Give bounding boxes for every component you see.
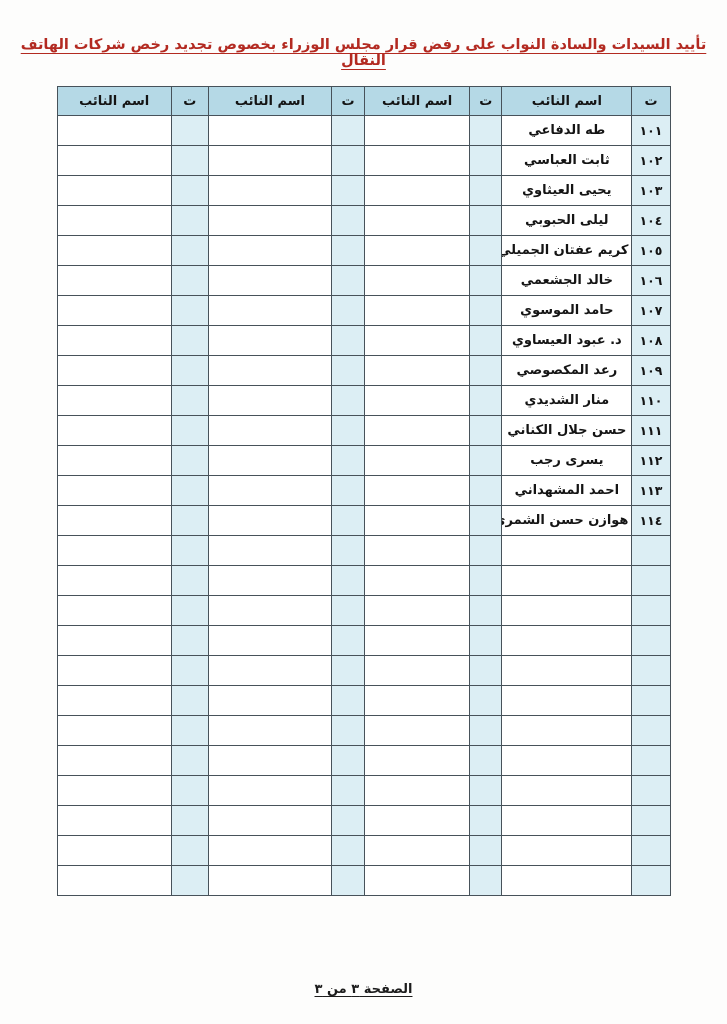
- deputy-number-cell: ١٠٢: [632, 146, 670, 176]
- deputy-name-cell: [208, 866, 331, 896]
- deputy-number-cell: [171, 806, 208, 836]
- deputy-number-cell: [632, 746, 670, 776]
- deputy-number-cell: [332, 296, 365, 326]
- deputy-name-cell: هوازن حسن الشمري: [502, 506, 632, 536]
- deputy-name-cell: [208, 416, 331, 446]
- deputy-name-cell: [208, 746, 331, 776]
- deputy-number-cell: [470, 686, 502, 716]
- deputy-name-cell: حامد الموسوي: [502, 296, 632, 326]
- deputy-number-cell: [171, 536, 208, 566]
- document-page: تأييد السيدات والسادة النواب على رفض قرا…: [0, 0, 727, 1024]
- deputy-name-cell: [365, 566, 470, 596]
- deputy-name-cell: رعد المكصوصي: [502, 356, 632, 386]
- deputy-number-cell: [171, 836, 208, 866]
- deputy-name-cell: [365, 176, 470, 206]
- deputy-name-cell: منار الشديدي: [502, 386, 632, 416]
- deputy-name-cell: حسن جلال الكناني: [502, 416, 632, 446]
- deputy-number-cell: [171, 746, 208, 776]
- deputy-name-cell: [57, 686, 171, 716]
- deputy-name-cell: [208, 806, 331, 836]
- deputy-name-cell: [208, 656, 331, 686]
- deputy-number-cell: [332, 536, 365, 566]
- deputy-number-cell: [470, 146, 502, 176]
- deputy-number-cell: [470, 806, 502, 836]
- table-row: ١٠٦خالد الجشعمي: [57, 266, 670, 296]
- deputy-name-cell: [208, 356, 331, 386]
- deputy-name-cell: [365, 356, 470, 386]
- deputy-name-cell: [57, 566, 171, 596]
- deputy-number-cell: [332, 116, 365, 146]
- table-row: ١٠٨د. عبود العيساوي: [57, 326, 670, 356]
- deputy-number-cell: [632, 536, 670, 566]
- deputy-name-cell: [208, 596, 331, 626]
- deputy-name-cell: [502, 596, 632, 626]
- deputy-name-cell: [365, 656, 470, 686]
- deputy-number-cell: [171, 506, 208, 536]
- deputy-name-cell: [57, 296, 171, 326]
- deputy-number-cell: [470, 596, 502, 626]
- deputy-number-cell: [470, 716, 502, 746]
- deputy-name-cell: [365, 236, 470, 266]
- deputy-number-cell: [332, 356, 365, 386]
- deputy-name-cell: كريم عفتان الجميلي: [502, 236, 632, 266]
- deputy-name-cell: [365, 476, 470, 506]
- deputy-number-cell: [470, 566, 502, 596]
- deputy-name-cell: [57, 806, 171, 836]
- deputy-number-cell: [632, 806, 670, 836]
- table-row: [57, 596, 670, 626]
- deputy-name-cell: [208, 536, 331, 566]
- table-row: ١٠٢ثابت العباسي: [57, 146, 670, 176]
- deputy-name-cell: [365, 416, 470, 446]
- deputy-name-cell: [365, 836, 470, 866]
- page-title: تأييد السيدات والسادة النواب على رفض قرا…: [0, 0, 727, 69]
- deputy-number-cell: [632, 836, 670, 866]
- deputy-name-cell: [208, 266, 331, 296]
- deputy-number-cell: [632, 596, 670, 626]
- deputy-number-cell: [470, 506, 502, 536]
- deputy-name-cell: [57, 116, 171, 146]
- deputy-name-cell: [502, 806, 632, 836]
- deputy-number-cell: ١١٠: [632, 386, 670, 416]
- deputy-name-cell: [365, 296, 470, 326]
- table-row: [57, 776, 670, 806]
- deputy-name-cell: [208, 686, 331, 716]
- deputy-number-cell: [332, 566, 365, 596]
- deputy-name-cell: [57, 386, 171, 416]
- header-number-cell: ت: [470, 87, 502, 116]
- deputy-name-cell: يحيى العيثاوي: [502, 176, 632, 206]
- deputy-name-cell: [365, 326, 470, 356]
- deputy-name-cell: [365, 116, 470, 146]
- deputy-number-cell: [332, 206, 365, 236]
- deputy-name-cell: [365, 866, 470, 896]
- deputy-name-cell: [57, 266, 171, 296]
- deputy-number-cell: [171, 446, 208, 476]
- deputy-number-cell: [470, 326, 502, 356]
- deputy-name-cell: [365, 386, 470, 416]
- header-name-cell: اسم النائب: [502, 87, 632, 116]
- deputy-number-cell: [470, 266, 502, 296]
- deputy-name-cell: [365, 206, 470, 236]
- deputy-name-cell: [502, 626, 632, 656]
- deputy-number-cell: [332, 476, 365, 506]
- deputy-number-cell: [332, 626, 365, 656]
- deputy-number-cell: [171, 776, 208, 806]
- deputy-name-cell: [502, 836, 632, 866]
- deputy-number-cell: [171, 146, 208, 176]
- header-number-cell: ت: [171, 87, 208, 116]
- deputy-table-body: ١٠١طه الدفاعي١٠٢ثابت العباسي١٠٣يحيى العي…: [57, 116, 670, 896]
- header-number-cell: ت: [332, 87, 365, 116]
- deputy-name-cell: [365, 506, 470, 536]
- deputy-number-cell: [332, 386, 365, 416]
- deputy-number-cell: ١٠١: [632, 116, 670, 146]
- deputy-name-cell: [365, 746, 470, 776]
- deputy-number-cell: [470, 836, 502, 866]
- deputy-name-cell: يسرى رجب: [502, 446, 632, 476]
- deputy-number-cell: [470, 236, 502, 266]
- deputy-name-cell: [208, 566, 331, 596]
- deputy-number-cell: [470, 656, 502, 686]
- deputy-number-cell: ١١٣: [632, 476, 670, 506]
- deputy-number-cell: ١٠٧: [632, 296, 670, 326]
- deputy-name-cell: ثابت العباسي: [502, 146, 632, 176]
- deputy-number-cell: [632, 566, 670, 596]
- deputy-number-cell: [171, 416, 208, 446]
- deputy-name-cell: طه الدفاعي: [502, 116, 632, 146]
- deputy-name-cell: [502, 566, 632, 596]
- deputy-name-cell: [365, 146, 470, 176]
- deputy-name-cell: [365, 686, 470, 716]
- deputy-number-cell: [470, 116, 502, 146]
- deputy-number-cell: ١٠٩: [632, 356, 670, 386]
- table-row: ١٠٣يحيى العيثاوي: [57, 176, 670, 206]
- deputy-number-cell: ١٠٣: [632, 176, 670, 206]
- deputy-number-cell: [470, 626, 502, 656]
- deputy-number-cell: [171, 326, 208, 356]
- deputy-number-cell: [632, 776, 670, 806]
- deputy-name-cell: [57, 866, 171, 896]
- deputy-name-cell: [57, 326, 171, 356]
- deputy-number-cell: [332, 416, 365, 446]
- deputy-name-cell: [208, 326, 331, 356]
- deputy-number-cell: [171, 116, 208, 146]
- deputy-number-cell: [470, 536, 502, 566]
- deputy-number-cell: [470, 446, 502, 476]
- table-row: [57, 626, 670, 656]
- deputy-name-cell: [57, 836, 171, 866]
- deputy-number-cell: [332, 746, 365, 776]
- deputy-name-cell: [365, 776, 470, 806]
- deputy-name-cell: [57, 656, 171, 686]
- deputy-number-cell: [332, 146, 365, 176]
- deputy-number-cell: [332, 776, 365, 806]
- deputy-name-cell: [502, 686, 632, 716]
- deputy-number-cell: ١٠٥: [632, 236, 670, 266]
- deputy-number-cell: [171, 716, 208, 746]
- deputy-name-cell: [208, 236, 331, 266]
- deputy-name-cell: [57, 416, 171, 446]
- deputy-number-cell: [470, 746, 502, 776]
- deputy-number-cell: [632, 716, 670, 746]
- deputy-name-cell: [365, 536, 470, 566]
- deputy-name-cell: [365, 446, 470, 476]
- deputy-number-cell: [470, 776, 502, 806]
- deputy-name-cell: [365, 806, 470, 836]
- deputy-number-cell: [332, 266, 365, 296]
- table-row: [57, 686, 670, 716]
- table-row: ١٠٧حامد الموسوي: [57, 296, 670, 326]
- deputy-name-cell: [502, 776, 632, 806]
- deputy-number-cell: [632, 686, 670, 716]
- deputy-name-cell: [208, 506, 331, 536]
- deputy-number-cell: [171, 206, 208, 236]
- deputy-number-cell: ١١٢: [632, 446, 670, 476]
- table-row: ١١١حسن جلال الكناني: [57, 416, 670, 446]
- table-row: ١١٢يسرى رجب: [57, 446, 670, 476]
- deputy-name-cell: [208, 446, 331, 476]
- deputy-number-cell: [332, 506, 365, 536]
- deputy-name-cell: [365, 716, 470, 746]
- deputy-name-cell: [502, 746, 632, 776]
- deputy-name-cell: [365, 596, 470, 626]
- deputy-number-cell: [171, 356, 208, 386]
- deputy-name-cell: [502, 656, 632, 686]
- deputy-number-cell: ١٠٦: [632, 266, 670, 296]
- deputy-name-cell: [57, 716, 171, 746]
- deputy-number-cell: [332, 806, 365, 836]
- header-number-cell: ت: [632, 87, 670, 116]
- deputy-name-cell: [57, 626, 171, 656]
- table-row: [57, 866, 670, 896]
- deputy-name-cell: [57, 536, 171, 566]
- deputy-number-cell: [332, 326, 365, 356]
- deputy-number-cell: [332, 176, 365, 206]
- deputy-number-cell: [171, 866, 208, 896]
- deputy-name-cell: [502, 536, 632, 566]
- table-row: ١٠١طه الدفاعي: [57, 116, 670, 146]
- deputy-number-cell: [470, 476, 502, 506]
- deputy-name-cell: [208, 476, 331, 506]
- table-row: ١١٣احمد المشهداني: [57, 476, 670, 506]
- deputy-number-cell: [632, 656, 670, 686]
- deputy-number-cell: [171, 176, 208, 206]
- table-row: [57, 536, 670, 566]
- deputy-number-cell: [171, 386, 208, 416]
- deputy-number-cell: ١١١: [632, 416, 670, 446]
- deputy-name-cell: [57, 596, 171, 626]
- deputy-name-cell: [208, 716, 331, 746]
- table-row: ١٠٥كريم عفتان الجميلي: [57, 236, 670, 266]
- deputy-number-cell: [332, 656, 365, 686]
- page-number: الصفحة ٣ من ٣: [0, 982, 727, 997]
- deputy-name-cell: [57, 476, 171, 506]
- deputy-number-cell: [632, 866, 670, 896]
- table-row: [57, 716, 670, 746]
- deputy-name-cell: ليلى الحبوبي: [502, 206, 632, 236]
- deputy-number-cell: ١٠٤: [632, 206, 670, 236]
- header-name-cell: اسم النائب: [57, 87, 171, 116]
- table-row: [57, 746, 670, 776]
- header-name-cell: اسم النائب: [365, 87, 470, 116]
- deputy-number-cell: [332, 866, 365, 896]
- deputy-signature-table: ت اسم النائب ت اسم النائب ت اسم النائب ت…: [57, 86, 671, 896]
- deputy-name-cell: [208, 116, 331, 146]
- deputy-number-cell: [171, 596, 208, 626]
- table-row: ١١٠منار الشديدي: [57, 386, 670, 416]
- deputy-number-cell: [171, 686, 208, 716]
- deputy-number-cell: [171, 266, 208, 296]
- deputy-number-cell: [470, 866, 502, 896]
- deputy-name-cell: [502, 866, 632, 896]
- deputy-name-cell: [57, 236, 171, 266]
- deputy-number-cell: [332, 716, 365, 746]
- table-row: [57, 836, 670, 866]
- table-row: ١٠٤ليلى الحبوبي: [57, 206, 670, 236]
- deputy-name-cell: [57, 206, 171, 236]
- deputy-number-cell: [171, 626, 208, 656]
- deputy-number-cell: [171, 476, 208, 506]
- deputy-name-cell: [57, 746, 171, 776]
- deputy-number-cell: [470, 206, 502, 236]
- deputy-name-cell: [208, 626, 331, 656]
- table-row: [57, 806, 670, 836]
- deputy-name-cell: [365, 266, 470, 296]
- deputy-name-cell: [57, 446, 171, 476]
- deputy-name-cell: [57, 776, 171, 806]
- deputy-name-cell: خالد الجشعمي: [502, 266, 632, 296]
- deputy-name-cell: [57, 506, 171, 536]
- deputy-name-cell: [208, 296, 331, 326]
- deputy-number-cell: ١٠٨: [632, 326, 670, 356]
- deputy-name-cell: [208, 176, 331, 206]
- deputy-number-cell: [470, 386, 502, 416]
- deputy-number-cell: [171, 656, 208, 686]
- deputy-number-cell: [632, 626, 670, 656]
- table-row: [57, 566, 670, 596]
- deputy-number-cell: [171, 296, 208, 326]
- table-row: ١٠٩رعد المكصوصي: [57, 356, 670, 386]
- deputy-name-cell: احمد المشهداني: [502, 476, 632, 506]
- table-header-row: ت اسم النائب ت اسم النائب ت اسم النائب ت…: [57, 87, 670, 116]
- deputy-name-cell: [57, 176, 171, 206]
- deputy-number-cell: [470, 356, 502, 386]
- deputy-number-cell: ١١٤: [632, 506, 670, 536]
- deputy-name-cell: [57, 356, 171, 386]
- deputy-number-cell: [470, 176, 502, 206]
- deputy-name-cell: [208, 206, 331, 236]
- deputy-number-cell: [171, 236, 208, 266]
- deputy-number-cell: [332, 596, 365, 626]
- deputy-name-cell: [208, 386, 331, 416]
- deputy-number-cell: [332, 236, 365, 266]
- table-row: ١١٤هوازن حسن الشمري: [57, 506, 670, 536]
- deputy-number-cell: [332, 686, 365, 716]
- deputy-name-cell: [208, 146, 331, 176]
- deputy-number-cell: [171, 566, 208, 596]
- deputy-name-cell: [208, 776, 331, 806]
- deputy-name-cell: د. عبود العيساوي: [502, 326, 632, 356]
- deputy-name-cell: [365, 626, 470, 656]
- header-name-cell: اسم النائب: [208, 87, 331, 116]
- deputy-name-cell: [208, 836, 331, 866]
- table-row: [57, 656, 670, 686]
- deputy-name-cell: [57, 146, 171, 176]
- deputy-number-cell: [470, 416, 502, 446]
- deputy-number-cell: [332, 836, 365, 866]
- deputy-name-cell: [502, 716, 632, 746]
- deputy-number-cell: [470, 296, 502, 326]
- deputy-number-cell: [332, 446, 365, 476]
